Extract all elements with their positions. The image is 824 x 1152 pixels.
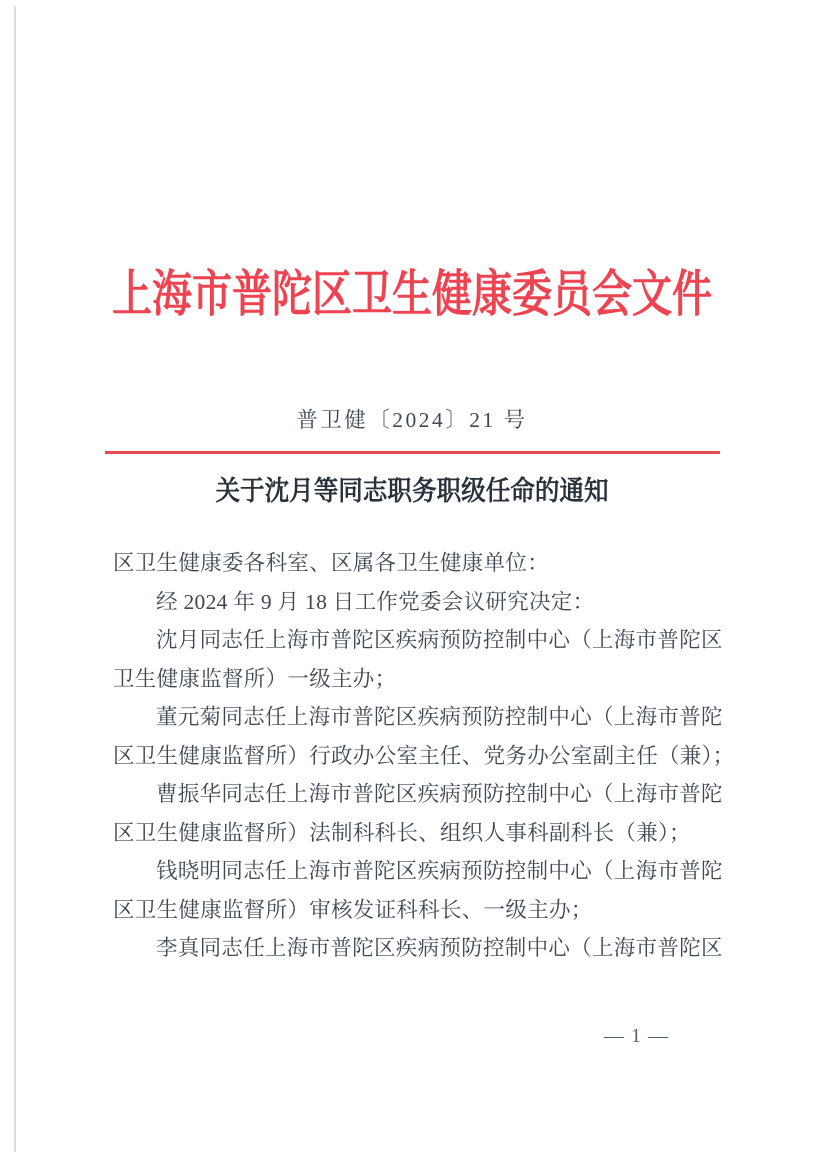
doc-number: 普卫健〔2024〕21 号 [0,403,824,434]
agency-header-text: 上海市普陀区卫生健康委员会文件 [112,266,712,322]
body-line: 区卫生健康委各科室、区属各卫生健康单位： [113,544,725,583]
body-line: 曹振华同志任上海市普陀区疾病预防控制中心（上海市普陀 [113,775,725,814]
agency-header: 上海市普陀区卫生健康委员会文件 [0,266,824,322]
body-line: 李真同志任上海市普陀区疾病预防控制中心（上海市普陀区 [113,929,725,968]
doc-title-text: 关于沈月等同志职务职级任命的通知 [215,474,608,508]
page-left-edge-line [14,6,16,1152]
page-number: — 1 — [604,1025,669,1048]
body-line: 沈月同志任上海市普陀区疾病预防控制中心（上海市普陀区 [113,621,725,660]
body-line: 区卫生健康监督所）法制科科长、组织人事科副科长（兼）； [113,814,725,853]
body-line: 经 2024 年 9 月 18 日工作党委会议研究决定： [113,583,725,622]
document-page: 上海市普陀区卫生健康委员会文件 普卫健〔2024〕21 号 关于沈月等同志职务职… [0,0,824,1152]
body-line: 区卫生健康监督所）审核发证科科长、一级主办； [113,891,725,930]
body-line: 区卫生健康监督所）行政办公室主任、党务办公室副主任（兼）； [113,737,725,776]
red-divider-line [105,451,720,454]
doc-title: 关于沈月等同志职务职级任命的通知 [0,474,824,508]
body-lines: 区卫生健康委各科室、区属各卫生健康单位：经 2024 年 9 月 18 日工作党… [113,544,725,968]
body-line: 钱晓明同志任上海市普陀区疾病预防控制中心（上海市普陀 [113,852,725,891]
body-line: 卫生健康监督所）一级主办； [113,660,725,699]
body-line: 董元菊同志任上海市普陀区疾病预防控制中心（上海市普陀 [113,698,725,737]
